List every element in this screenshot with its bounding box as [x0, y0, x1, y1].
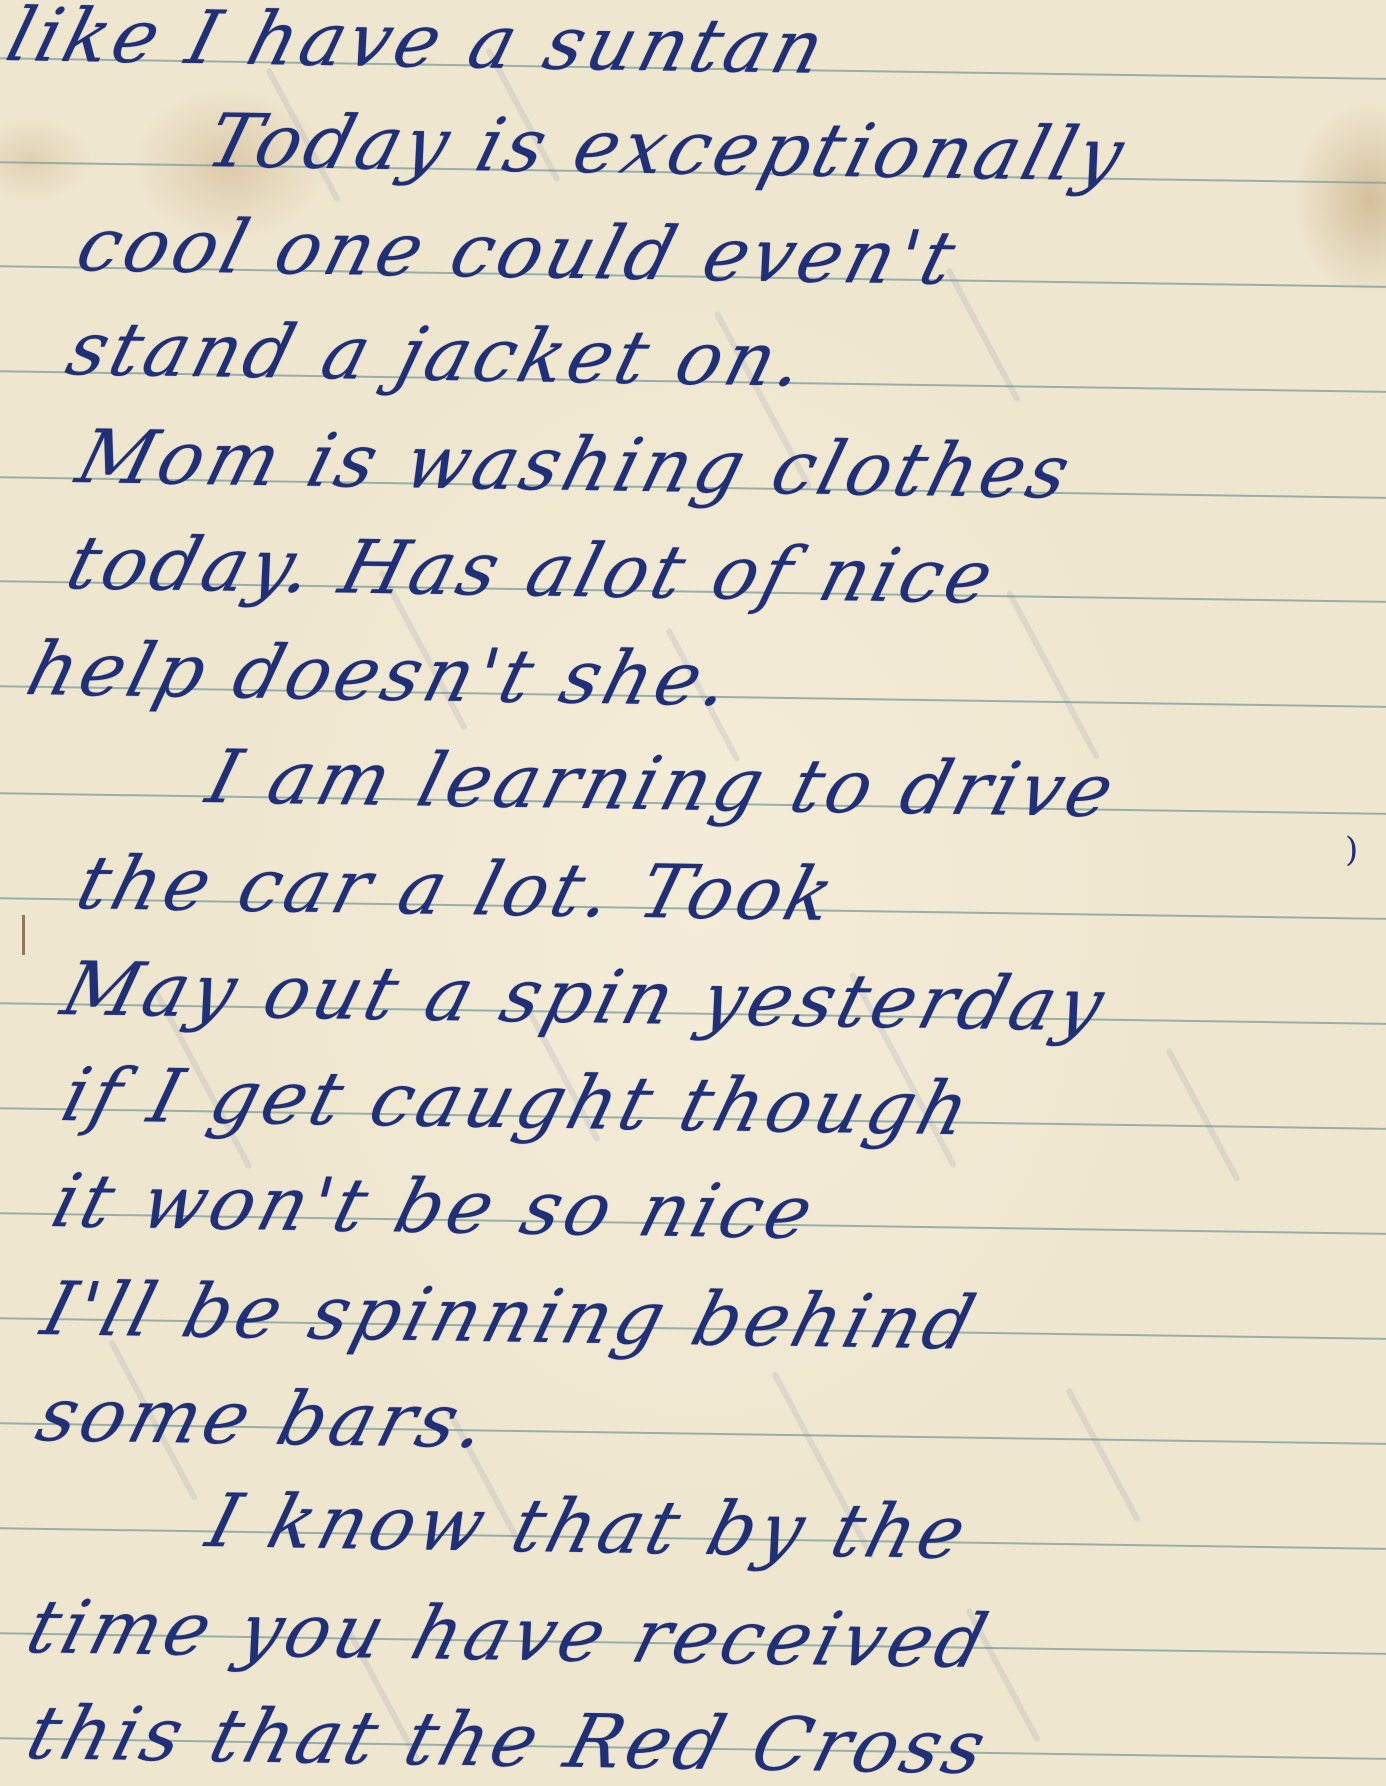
text-line: cool one could even't	[70, 208, 966, 295]
text-line: Today is exceptionally	[200, 104, 1135, 192]
text-line: it won't be so nice	[45, 1164, 824, 1250]
text-line: today. Has alot of nice	[60, 526, 1004, 614]
text-line: like I have a suntan	[0, 0, 835, 85]
letter-page: ) like I have a suntan Today is exceptio…	[0, 0, 1386, 1786]
text-line: stand a jacket on.	[60, 312, 816, 397]
handwritten-text: like I have a suntan Today is exceptiona…	[0, 0, 1386, 1786]
text-line: I know that by the	[200, 1484, 977, 1570]
text-line: some bars.	[30, 1378, 498, 1459]
text-line: time you have received	[20, 1590, 998, 1679]
text-line: I am learning to drive	[200, 740, 1125, 828]
text-line: the car a lot. Took	[70, 846, 845, 932]
text-line: Mom is washing clothes	[70, 420, 1081, 509]
text-line: this that the Red Cross	[20, 1696, 996, 1785]
text-line: if I get caught though	[55, 1058, 980, 1146]
text-line: I'll be spinning behind	[35, 1272, 986, 1360]
text-line: May out a spin yesterday	[55, 952, 1115, 1042]
text-line: help doesn't she.	[20, 632, 741, 717]
